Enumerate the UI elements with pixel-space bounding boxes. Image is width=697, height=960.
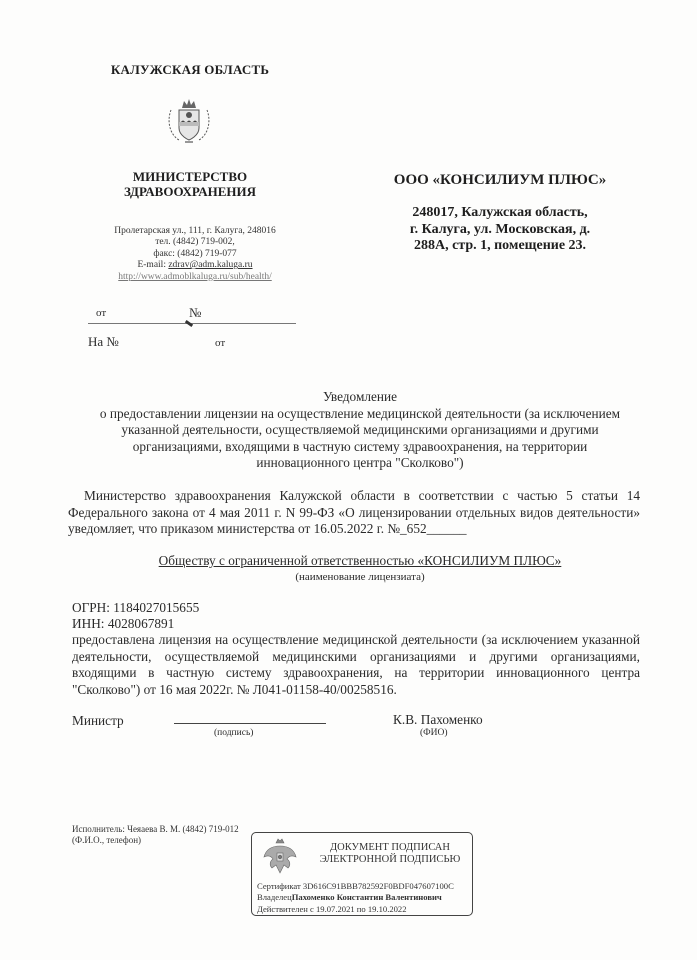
- inn: ИНН: 4028067891: [72, 616, 174, 632]
- ministry-phone: тел. (4842) 719-002,: [80, 237, 310, 248]
- e-signature-stamp: ДОКУМЕНТ ПОДПИСАН ЭЛЕКТРОННОЙ ПОДПИСЬЮ С…: [251, 832, 473, 916]
- ref-date-label: от: [96, 307, 106, 319]
- recipient-address: 248017, Калужская область, г. Калуга, ул…: [380, 205, 620, 255]
- stamp-details: Сертификат 3D616C91BBB782592F0BDF0476071…: [257, 881, 454, 915]
- reply-to-label: На №: [88, 334, 119, 350]
- signature-caption: (подпись): [214, 728, 253, 738]
- licensee-caption: (наименование лицензиата): [40, 571, 680, 583]
- owner-name: Пахоменко Константин Валентинович: [292, 892, 442, 902]
- email-label: E-mail:: [137, 260, 168, 270]
- email-link[interactable]: zdrav@adm.kaluga.ru: [168, 260, 252, 270]
- ministry-line-1: МИНИСТЕРСТВО: [80, 169, 300, 184]
- recipient-company: ООО «КОНСИЛИУМ ПЛЮС»: [370, 172, 630, 189]
- certificate-id: 3D616C91BBB782592F0BDF047607100C: [303, 881, 454, 891]
- recipient-address-line-3: 288А, стр. 1, помещение 23.: [380, 238, 620, 255]
- pen-mark: [185, 320, 193, 327]
- validity-row: Действителен с 19.07.2021 по 19.10.2022: [257, 904, 454, 915]
- licensee-name: Обществу с ограниченной ответственностью…: [159, 553, 562, 568]
- ref-number-label: №: [189, 305, 201, 321]
- stamp-title-line-2: ЭЛЕКТРОННОЙ ПОДПИСЬЮ: [310, 854, 470, 866]
- signature-line: [174, 723, 326, 724]
- notice-title: Уведомление о предоставлении лицензии на…: [40, 389, 680, 472]
- signer-name-caption: (ФИО): [420, 728, 448, 738]
- reply-date-label: от: [215, 337, 225, 349]
- recipient-address-line-1: 248017, Калужская область,: [380, 205, 620, 222]
- double-headed-eagle-icon: [260, 837, 300, 877]
- region-name: КАЛУЖСКАЯ ОБЛАСТЬ: [60, 62, 320, 78]
- notice-heading: Уведомление: [40, 389, 680, 406]
- notice-subject-line-2: указанной деятельности, осуществляемой м…: [40, 422, 680, 439]
- notice-subject-line-4: инновационного центра "Сколково"): [40, 455, 680, 472]
- signer-position: Министр: [72, 713, 124, 729]
- ministry-email-row: E-mail: zdrav@adm.kaluga.ru: [80, 260, 310, 271]
- owner-row: ВладелецПахоменко Константин Валентинови…: [257, 892, 454, 903]
- certificate-row: Сертификат 3D616C91BBB782592F0BDF0476071…: [257, 881, 454, 892]
- notice-paragraph-2: предоставлена лицензия на осуществление …: [72, 632, 640, 699]
- ministry-address: Пролетарская ул., 111, г. Калуга, 248016: [80, 226, 310, 237]
- executor-info: Исполнитель: Чеяаева В. М. (4842) 719-01…: [72, 824, 239, 846]
- ogrn: ОГРН: 1184027015655: [72, 600, 199, 616]
- executor-line-1: Исполнитель: Чеяаева В. М. (4842) 719-01…: [72, 824, 239, 835]
- ministry-fax: факс: (4842) 719-077: [80, 249, 310, 260]
- licensee-name-row: Обществу с ограниченной ответственностью…: [40, 553, 680, 569]
- notice-subject-line-3: организациями, входящими в частную систе…: [40, 439, 680, 456]
- stamp-title: ДОКУМЕНТ ПОДПИСАН ЭЛЕКТРОННОЙ ПОДПИСЬЮ: [310, 842, 470, 866]
- ministry-name: МИНИСТЕРСТВО ЗДРАВООХРАНЕНИЯ: [80, 169, 300, 199]
- ministry-line-2: ЗДРАВООХРАНЕНИЯ: [80, 184, 300, 199]
- certificate-label: Сертификат: [257, 881, 303, 891]
- stamp-title-line-1: ДОКУМЕНТ ПОДПИСАН: [310, 842, 470, 854]
- website-link[interactable]: http://www.admoblkaluga.ru/sub/health/: [80, 272, 310, 283]
- notice-subject-line-1: о предоставлении лицензии на осуществлен…: [40, 406, 680, 423]
- coat-of-arms-icon: [165, 96, 213, 144]
- notice-paragraph-1: Министерство здравоохранения Калужской о…: [68, 488, 640, 538]
- recipient-address-line-2: г. Калуга, ул. Московская, д.: [380, 222, 620, 239]
- owner-label: Владелец: [257, 892, 292, 902]
- signer-name: К.В. Пахоменко: [393, 712, 483, 728]
- executor-line-2: (Ф.И.О., телефон): [72, 835, 239, 846]
- ministry-contacts: Пролетарская ул., 111, г. Калуга, 248016…: [80, 226, 310, 283]
